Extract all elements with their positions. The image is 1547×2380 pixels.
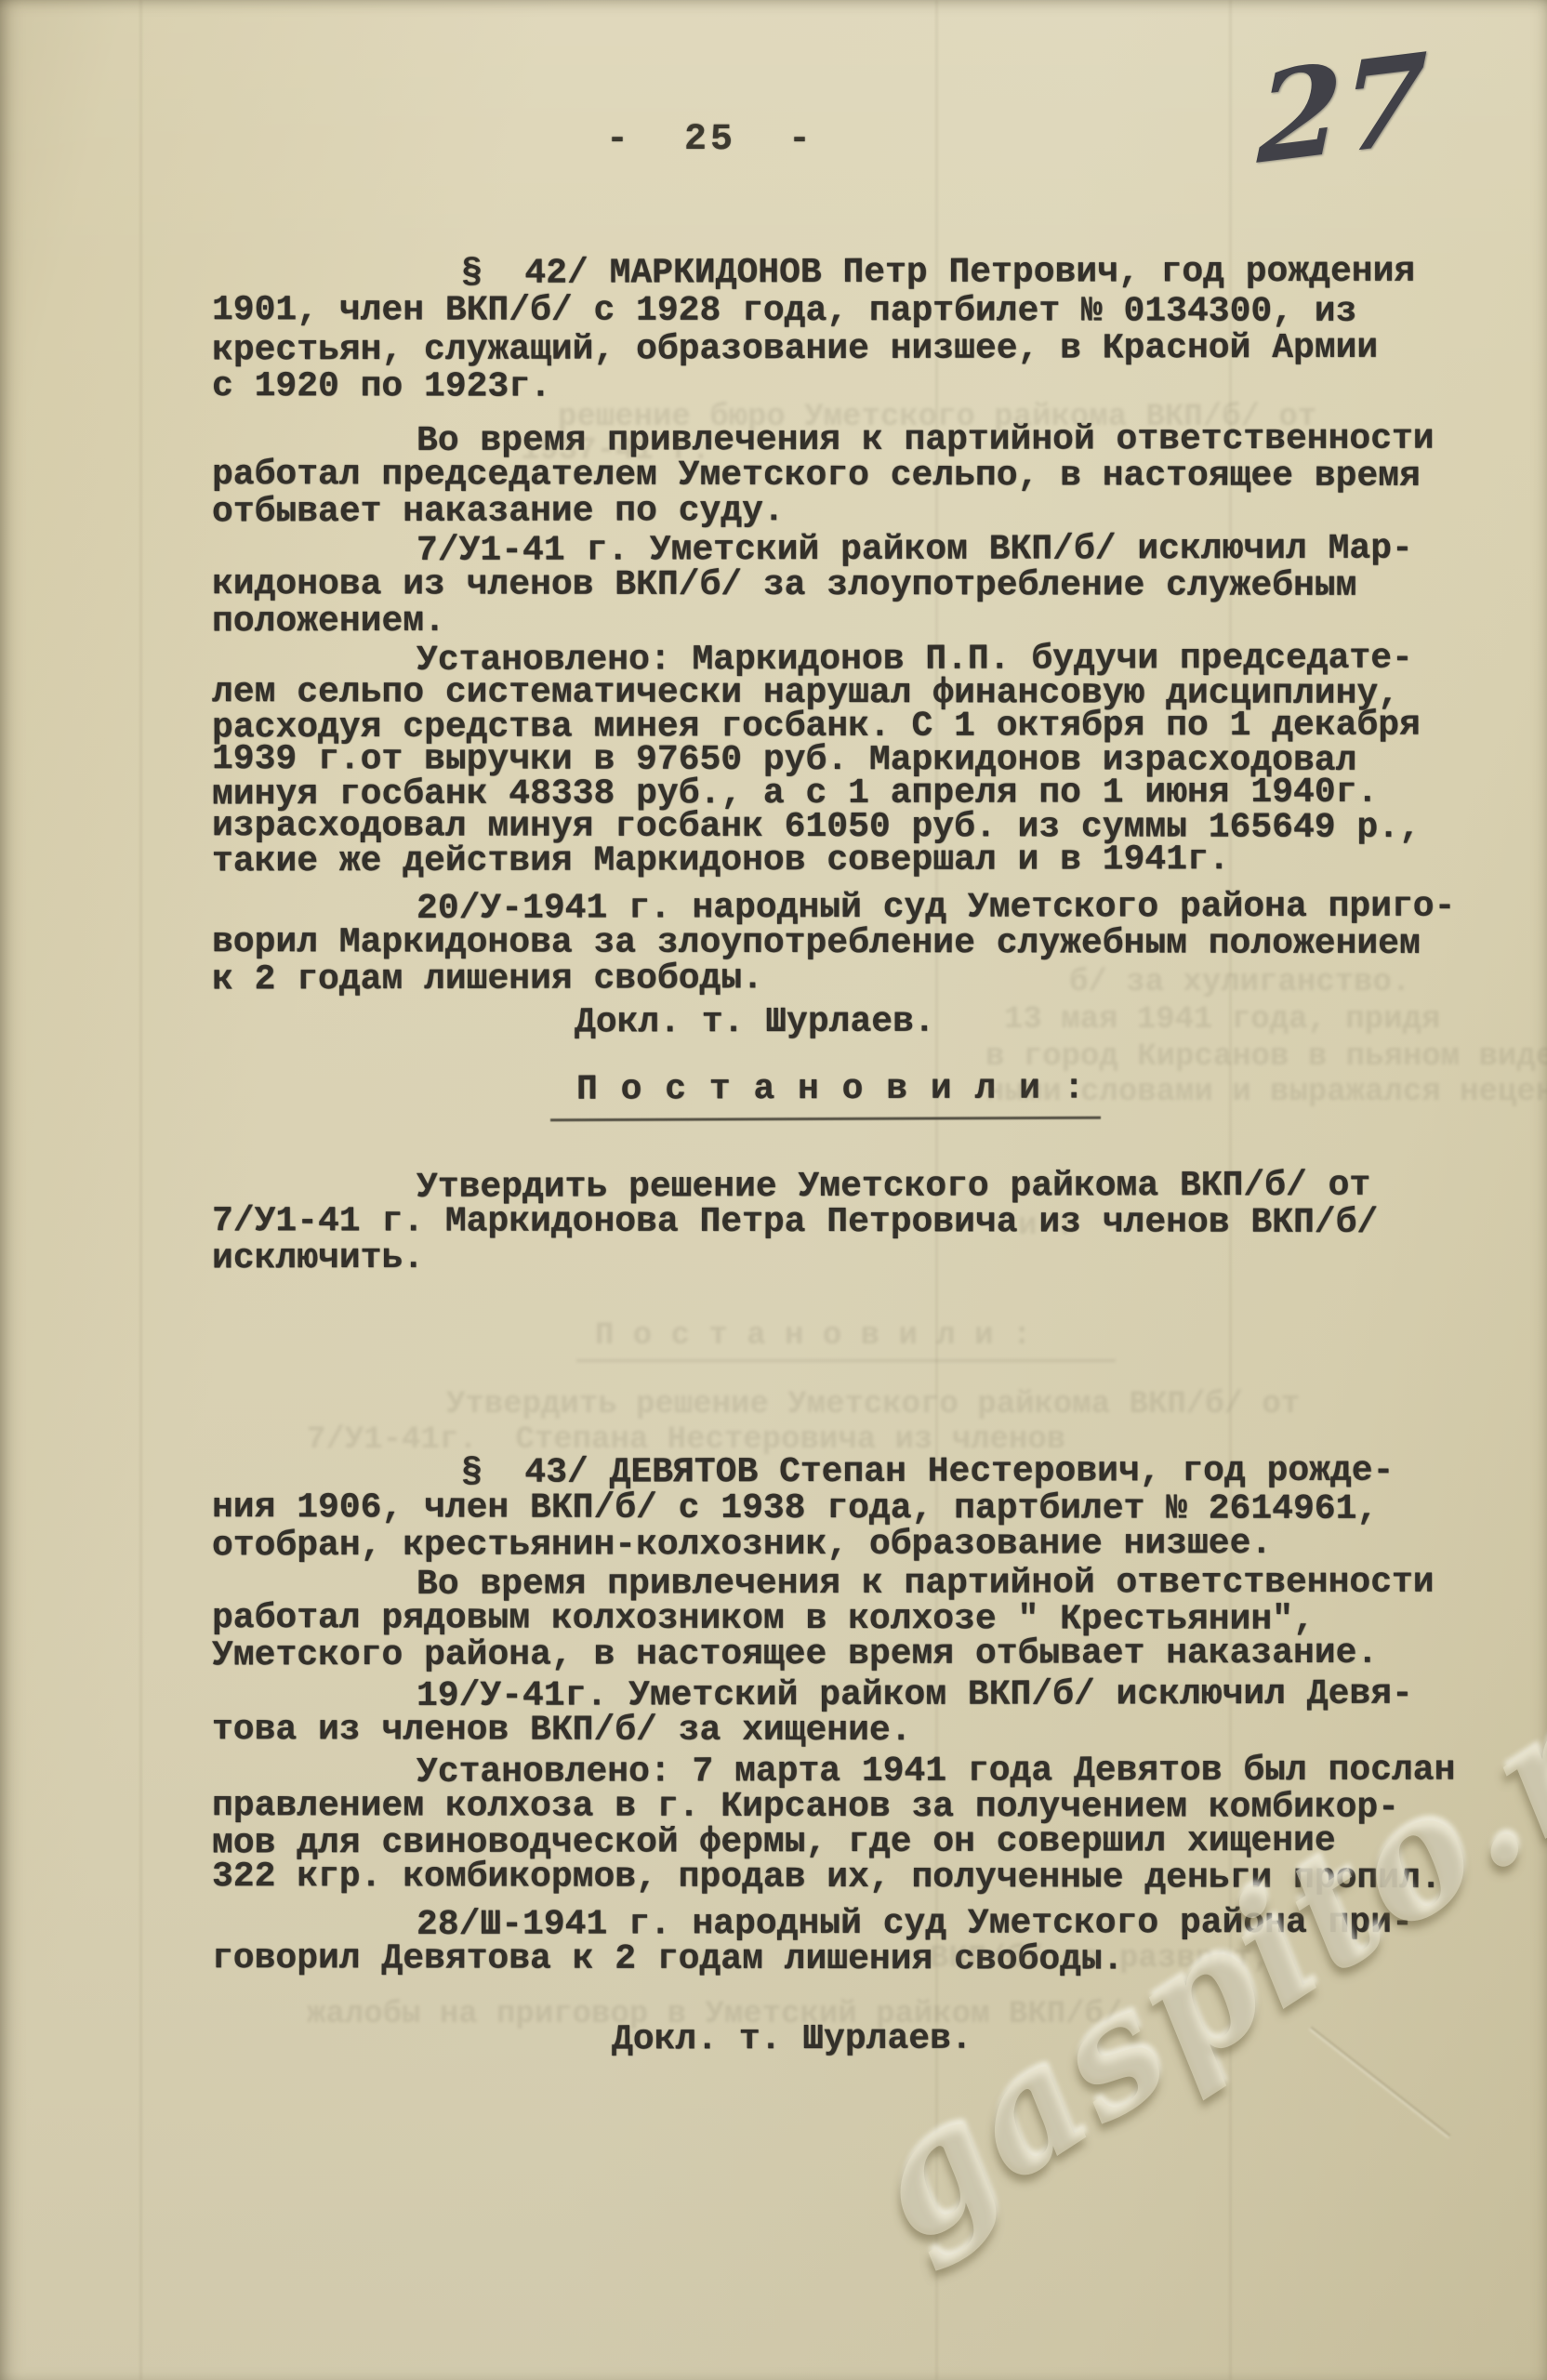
paper-streak <box>139 0 142 2380</box>
typed-line: 20/У-1941 г. народный суд Уметского райо… <box>212 887 1455 925</box>
typed-line: крестьян, служащий, образование низшее, … <box>212 328 1415 369</box>
heading-underline <box>550 1117 1101 1122</box>
typed-paragraph: Докл. т. Шурлаев. <box>575 1002 935 1038</box>
typed-line: минуя госбанк 48338 руб., а с 1 апреля п… <box>212 773 1421 809</box>
typed-line: ворил Маркидонова за злоупотребление слу… <box>212 922 1455 959</box>
bleedthrough-text: б/ за хулиганство. <box>1069 965 1410 1000</box>
typed-line: Установлено: 7 марта 1941 года Девятов б… <box>212 1751 1455 1789</box>
bleedthrough-text: 1937-41 г. <box>521 433 710 469</box>
paper-crease <box>1311 2027 1451 2137</box>
typed-line: Уметского района, в настоящее время отбы… <box>212 1633 1435 1672</box>
typed-line: отобран, крестьянин-колхозник, образован… <box>212 1524 1394 1563</box>
typed-line: § 42/ МАРКИДОНОВ Петр Петрович, год рожд… <box>212 252 1415 293</box>
page-number: - 25 - <box>606 119 814 161</box>
bleedthrough-text: П о с т а н о в и л и : <box>595 1318 1031 1354</box>
typed-line: исключить. <box>212 1236 1378 1275</box>
typed-line: ния 1906, член ВКП/б/ с 1938 года, партб… <box>212 1487 1394 1526</box>
typed-line: 1901, член ВКП/б/ с 1928 года, партбилет… <box>212 290 1415 330</box>
typed-line: това из членов ВКП/б/ за хищение. <box>212 1710 1413 1747</box>
typed-paragraph: Утвердить решение Уметского райкома ВКП/… <box>212 1167 1378 1273</box>
typed-line: 19/У-41г. Уметский райком ВКП/б/ исключи… <box>212 1674 1413 1712</box>
typed-line: лем сельпо систематически нарушал финанс… <box>212 672 1421 707</box>
typed-paragraph: 19/У-41г. Уметский райком ВКП/б/ исключи… <box>212 1675 1413 1746</box>
bleedthrough-text: и : <box>1018 1209 1075 1244</box>
typed-line: 1939 г.от выручки в 97650 руб. Маркидоно… <box>212 739 1421 774</box>
typed-paragraph: Во время привлечения к партийной ответст… <box>212 420 1435 526</box>
typed-paragraph: Установлено: Маркидонов П.П. будучи пред… <box>212 640 1421 874</box>
bleedthrough-text: решение бюро Уметского райкома ВКП/б/ от <box>558 400 1316 435</box>
typed-paragraph: § 42/ МАРКИДОНОВ Петр Петрович, год рожд… <box>212 253 1415 405</box>
typed-line: Установлено: Маркидонов П.П. будучи пред… <box>212 639 1421 675</box>
typed-line: работал рядовым колхозником в колхозе " … <box>212 1598 1435 1635</box>
typed-line: 7/У1-41 г. Уметский райком ВКП/б/ исключ… <box>212 529 1413 567</box>
bleedthrough-text: в город Кирсанов в пьяном виде <box>985 1039 1547 1075</box>
typed-line: правлением колхоза в г. Кирсанов за полу… <box>212 1786 1455 1823</box>
typed-line: 7/У1-41 г. Маркидонова Петра Петровича и… <box>212 1201 1378 1238</box>
handwritten-page-number: 27 <box>1256 26 1428 192</box>
typed-line: Во время привлечения к партийной ответст… <box>212 1563 1435 1601</box>
typed-line: такие же действия Маркидонов совершал и … <box>212 840 1421 876</box>
bleedthrough-text: 7/У1-41г. Степана Нестеровича из членов <box>307 1422 1065 1458</box>
bleedthrough-text: Утвердить решение Уметского райкома ВКП/… <box>446 1387 1300 1422</box>
typed-line: Докл. т. Шурлаев. <box>575 1002 935 1039</box>
typed-paragraph: Во время привлечения к партийной ответст… <box>212 1564 1435 1670</box>
typed-line: положением. <box>212 600 1413 638</box>
typed-line: израсходовал минуя госбанк 61050 руб. из… <box>212 806 1421 841</box>
bleedthrough-text: 13 мая 1941 года, придя <box>1004 1002 1440 1038</box>
scan-page: - 25 - 27 § 42/ МАРКИДОНОВ Петр Петрович… <box>0 0 1547 2380</box>
typed-paragraph: § 43/ ДЕВЯТОВ Степан Нестерович, год рож… <box>212 1452 1394 1561</box>
typed-line: кидонова из членов ВКП/б/ за злоупотребл… <box>212 564 1413 602</box>
bleedthrough-text: ными словами и выражался нецензур- <box>985 1075 1547 1110</box>
typed-line: работал председателем Уметского сельпо, … <box>212 455 1435 492</box>
bleedthrough-underline <box>576 1359 1116 1362</box>
typed-line: Утвердить решение Уметского райкома ВКП/… <box>212 1166 1378 1204</box>
typed-line: отбывает наказание по суду. <box>212 490 1435 528</box>
typed-paragraph: 7/У1-41 г. Уметский райком ВКП/б/ исключ… <box>212 530 1413 636</box>
typed-line: расходуя средства минея госбанк. С 1 окт… <box>212 706 1421 742</box>
